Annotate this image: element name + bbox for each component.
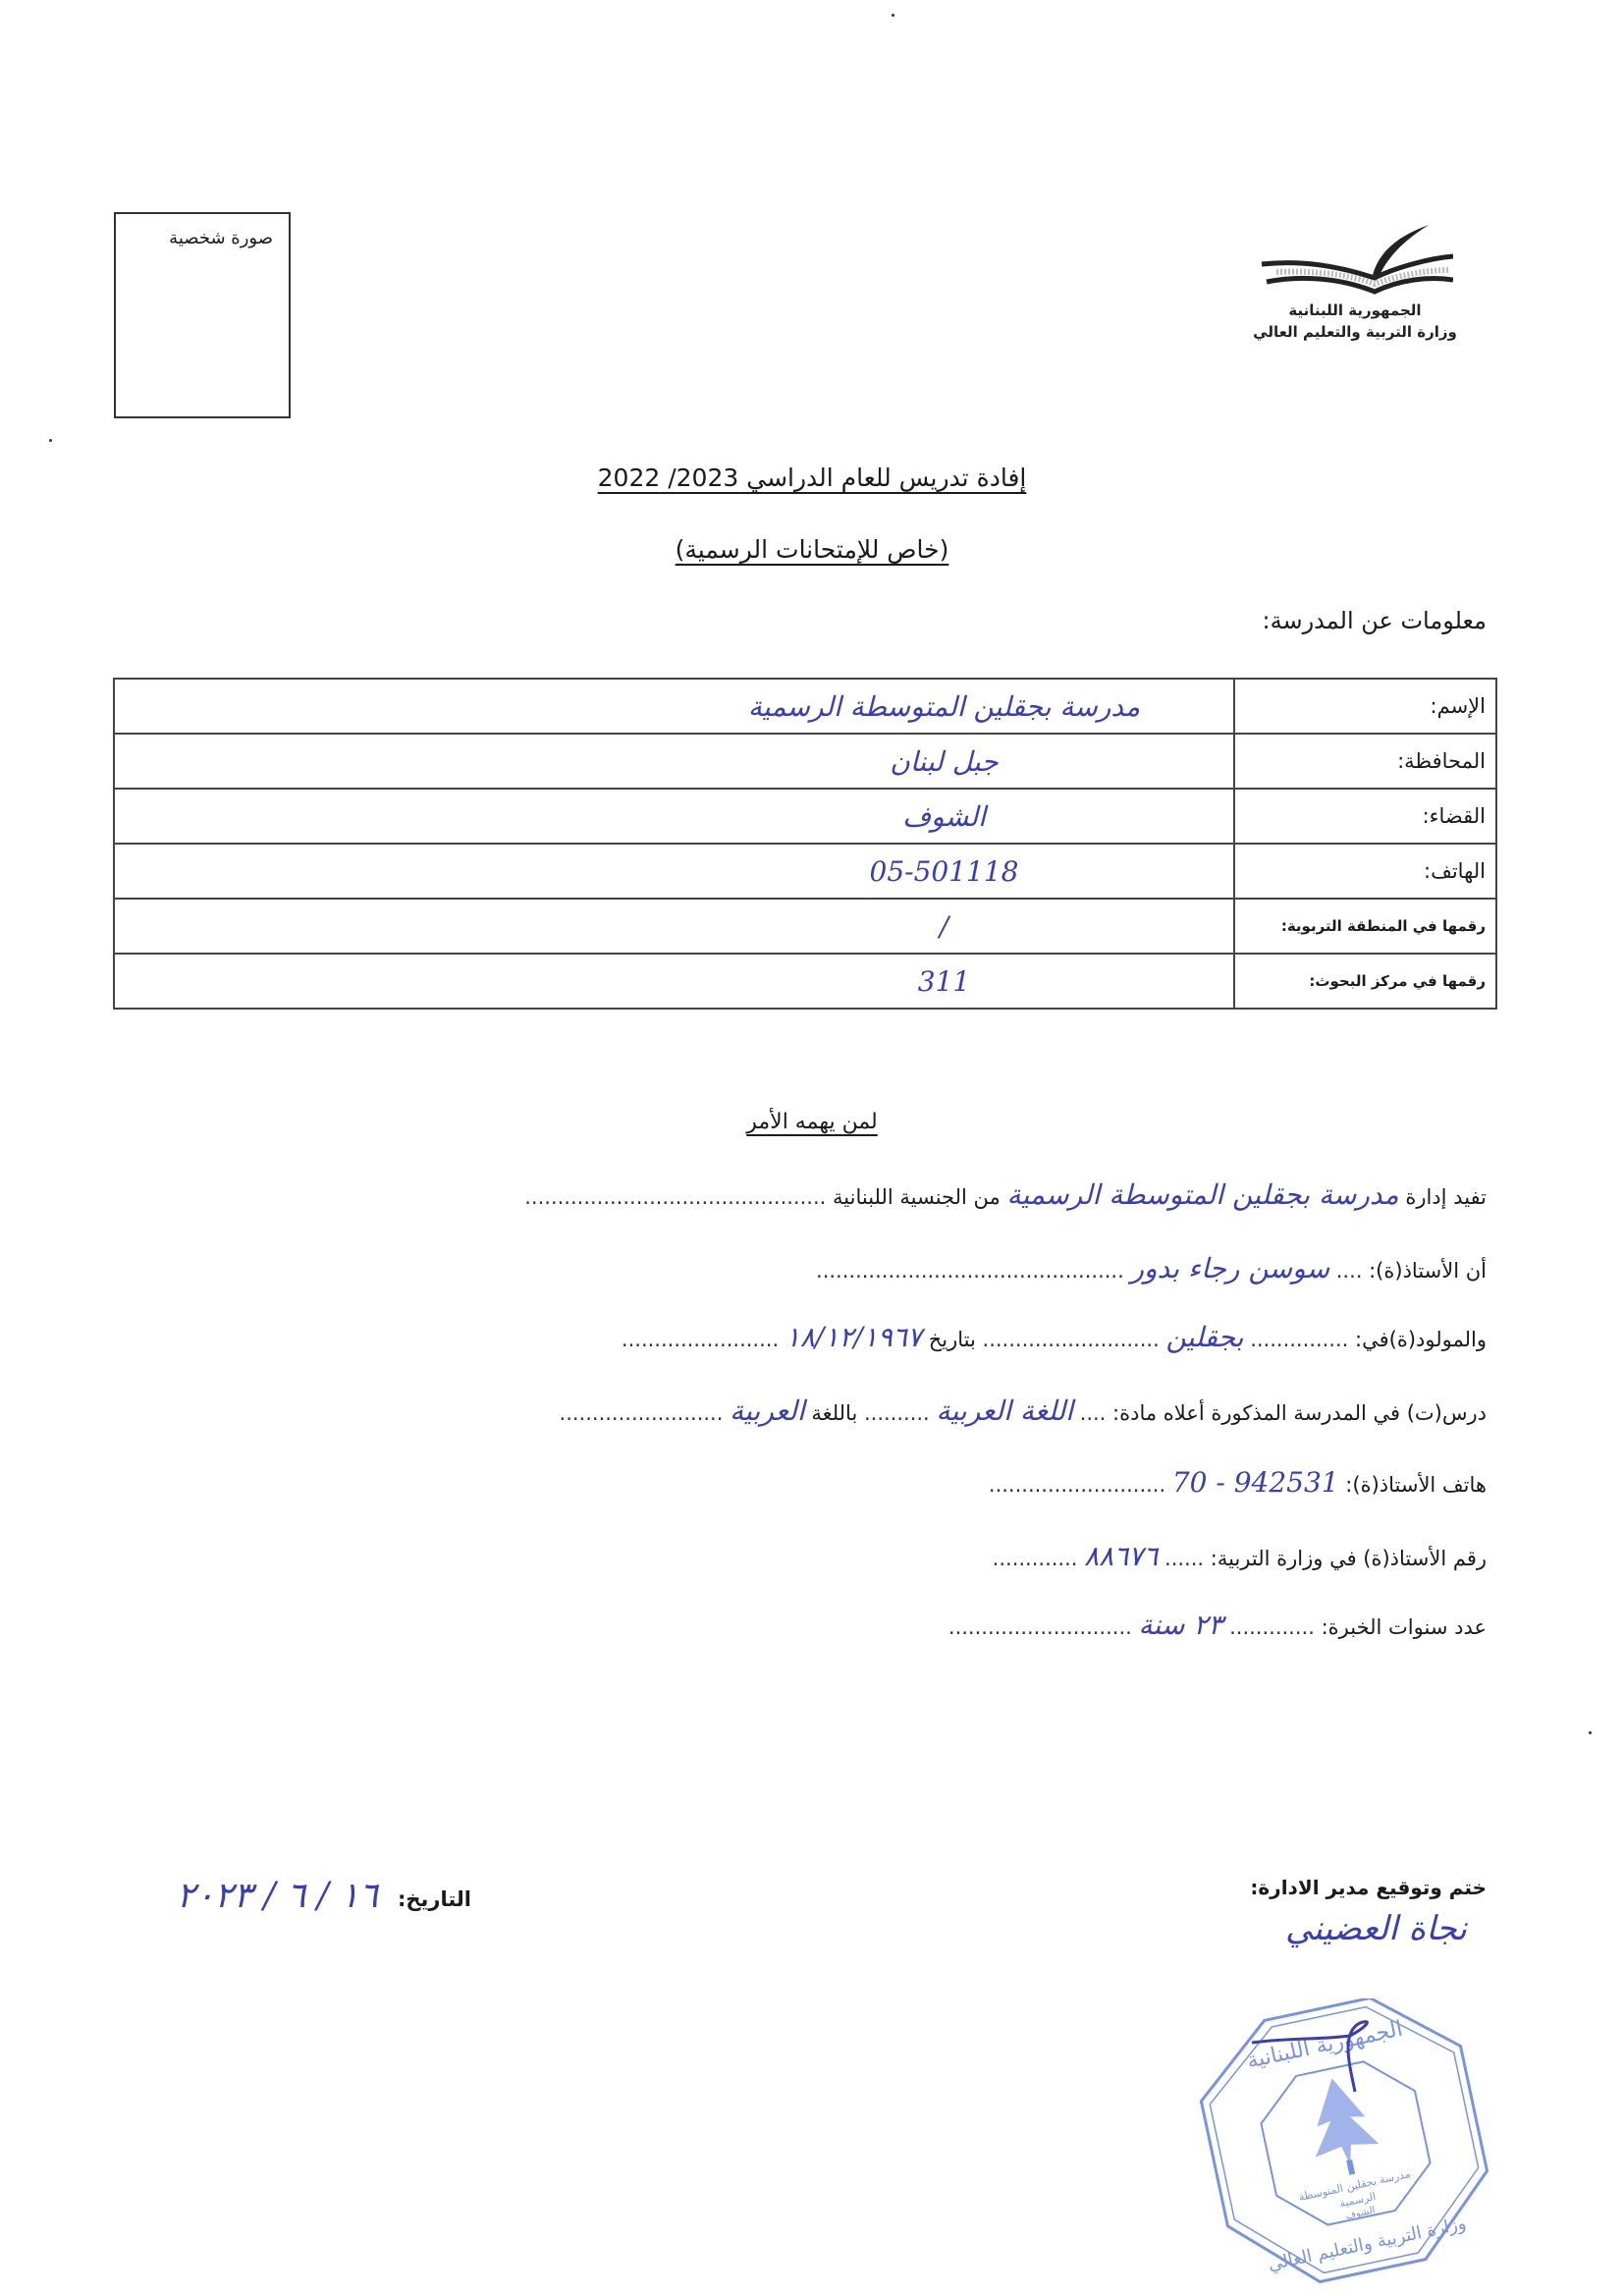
table-row: رقمها في مركز البحوث: 311: [114, 954, 1496, 1009]
svg-text:الجمهورية اللبنانية: الجمهورية اللبنانية: [1245, 2017, 1405, 2074]
photo-box: صورة شخصية: [114, 212, 291, 418]
governorate-value: جبل لبنان: [114, 734, 1234, 789]
ministry-number-handwritten: ٨٨٦٧٦: [1084, 1540, 1158, 1572]
line-label: درس(ت) في المدرسة المذكورة أعلاه مادة:: [1112, 1401, 1487, 1425]
statement-line-ministry-number: رقم الأستاذ(ة) في وزارة التربية: ...... …: [993, 1540, 1487, 1572]
school-name-value: مدرسة بجقلين المتوسطة الرسمية: [114, 679, 1234, 734]
date-handwritten: ١٦ / ٦ / ٢٠٢٣: [177, 1876, 378, 1916]
dotted-fill: ..........: [864, 1401, 930, 1425]
document-title: إفادة تدريس للعام الدراسي 2023/ 2022: [0, 464, 1624, 492]
republic-label: الجمهورية اللبنانية: [1232, 300, 1478, 321]
statement-line-experience: عدد سنوات الخبرة: ............. ٢٣ سنة .…: [948, 1609, 1487, 1641]
dotted-fill: ........................................…: [524, 1185, 826, 1209]
scan-speck: [49, 439, 52, 442]
table-row: رقمها في المنطقة التربوية: /: [114, 899, 1496, 954]
date-label: التاريخ:: [398, 1887, 471, 1911]
line-label: باللغة: [811, 1401, 857, 1425]
official-stamp: مدرسة بجقلين المتوسطة الرسمية الشوف الجم…: [1193, 1998, 1497, 2283]
open-book-icon: [1257, 221, 1453, 300]
birth-date-handwritten: ١٨/١٢/١٩٦٧: [785, 1321, 922, 1353]
line-label: أن الأستاذ(ة):: [1369, 1259, 1487, 1283]
signature-label: ختم وتوقيع مدير الادارة:: [1250, 1876, 1487, 1899]
phone-label: الهاتف:: [1234, 844, 1496, 899]
document-subtitle-text: (خاص للإمتحانات الرسمية): [676, 535, 949, 564]
table-row: الهاتف: 05-501118: [114, 844, 1496, 899]
school-name-label: الإسم:: [1234, 679, 1496, 734]
teacher-name-handwritten: سوسن رجاء بدور: [1130, 1252, 1329, 1285]
document-subtitle: (خاص للإمتحانات الرسمية): [0, 535, 1624, 564]
research-center-number-value: 311: [114, 954, 1234, 1009]
line-label: رقم الأستاذ(ة) في وزارة التربية:: [1211, 1547, 1487, 1570]
statement-line-teacher: أن الأستاذ(ة): .... سوسن رجاء بدور .....…: [816, 1252, 1487, 1285]
school-info-heading: معلومات عن المدرسة:: [1263, 607, 1488, 634]
dotted-fill: ........................................…: [816, 1259, 1124, 1283]
line-label: عدد سنوات الخبرة:: [1322, 1615, 1487, 1639]
line-label: من الجنسية اللبنانية: [833, 1185, 1001, 1209]
statement-line-birth: والمولود(ة)في: ............... بجقلين ..…: [622, 1321, 1487, 1353]
table-row: الإسم: مدرسة بجقلين المتوسطة الرسمية: [114, 679, 1496, 734]
school-info-table: الإسم: مدرسة بجقلين المتوسطة الرسمية الم…: [113, 678, 1497, 1010]
governorate-label: المحافظة:: [1234, 734, 1496, 789]
ministry-label: وزارة التربية والتعليم العالي: [1232, 321, 1478, 343]
teacher-phone-handwritten: 70 - 942531: [1172, 1466, 1339, 1499]
dotted-fill: ....: [1080, 1401, 1107, 1425]
region-number-value: /: [114, 899, 1234, 954]
region-number-label: رقمها في المنطقة التربوية:: [1234, 899, 1496, 954]
dotted-fill: ......: [1164, 1547, 1204, 1570]
line-label: بتاريخ: [929, 1328, 976, 1351]
table-row: المحافظة: جبل لبنان: [114, 734, 1496, 789]
document-title-text: إفادة تدريس للعام الدراسي 2023/ 2022: [598, 464, 1027, 492]
ministry-logo: الجمهورية اللبنانية وزارة التربية والتعل…: [1232, 221, 1478, 358]
line-label: والمولود(ة)في:: [1355, 1328, 1487, 1351]
statement-line-teacher-phone: هاتف الأستاذ(ة): 70 - 942531 ...........…: [989, 1466, 1487, 1499]
dotted-fill: .............: [993, 1547, 1078, 1570]
scan-speck: [1589, 1731, 1592, 1734]
subject-handwritten: اللغة العربية: [936, 1394, 1073, 1427]
signature-block: ختم وتوقيع مدير الادارة: نجاة العضيني: [1250, 1876, 1487, 1948]
district-label: القضاء:: [1234, 789, 1496, 844]
line-label: تفيد إدارة: [1405, 1185, 1487, 1209]
experience-years-handwritten: ٢٣ سنة: [1139, 1609, 1223, 1641]
line-label: هاتف الأستاذ(ة):: [1345, 1473, 1487, 1497]
statement-line-subject: درس(ت) في المدرسة المذكورة أعلاه مادة: .…: [560, 1394, 1487, 1427]
dotted-fill: ...............: [1250, 1328, 1348, 1351]
photo-box-label: صورة شخصية: [169, 228, 273, 248]
director-signature-name: نجاة العضيني: [1250, 1909, 1467, 1948]
statement-heading-text: لمن يهمه الأمر: [746, 1110, 878, 1134]
school-name-handwritten: مدرسة بجقلين المتوسطة الرسمية: [1006, 1178, 1398, 1211]
table-row: القضاء: الشوف: [114, 789, 1496, 844]
scan-speck: [892, 14, 894, 17]
stamp-seal-icon: مدرسة بجقلين المتوسطة الرسمية الشوف الجم…: [1193, 1998, 1497, 2283]
language-handwritten: العربية: [730, 1394, 805, 1427]
dotted-fill: ...........................: [983, 1328, 1160, 1351]
dotted-fill: .............: [1229, 1615, 1315, 1639]
dotted-fill: ............................: [948, 1615, 1132, 1639]
dotted-fill: ...........................: [989, 1473, 1165, 1497]
statement-line-administration: تفيد إدارة مدرسة بجقلين المتوسطة الرسمية…: [524, 1178, 1487, 1211]
statement-heading: لمن يهمه الأمر: [0, 1110, 1624, 1134]
dotted-fill: ....: [1336, 1259, 1363, 1283]
district-value: الشوف: [114, 789, 1234, 844]
birth-place-handwritten: بجقلين: [1165, 1321, 1243, 1353]
dotted-fill: ........................: [622, 1328, 779, 1351]
dotted-fill: .........................: [560, 1401, 724, 1425]
research-center-number-label: رقمها في مركز البحوث:: [1234, 954, 1496, 1009]
phone-value: 05-501118: [114, 844, 1234, 899]
